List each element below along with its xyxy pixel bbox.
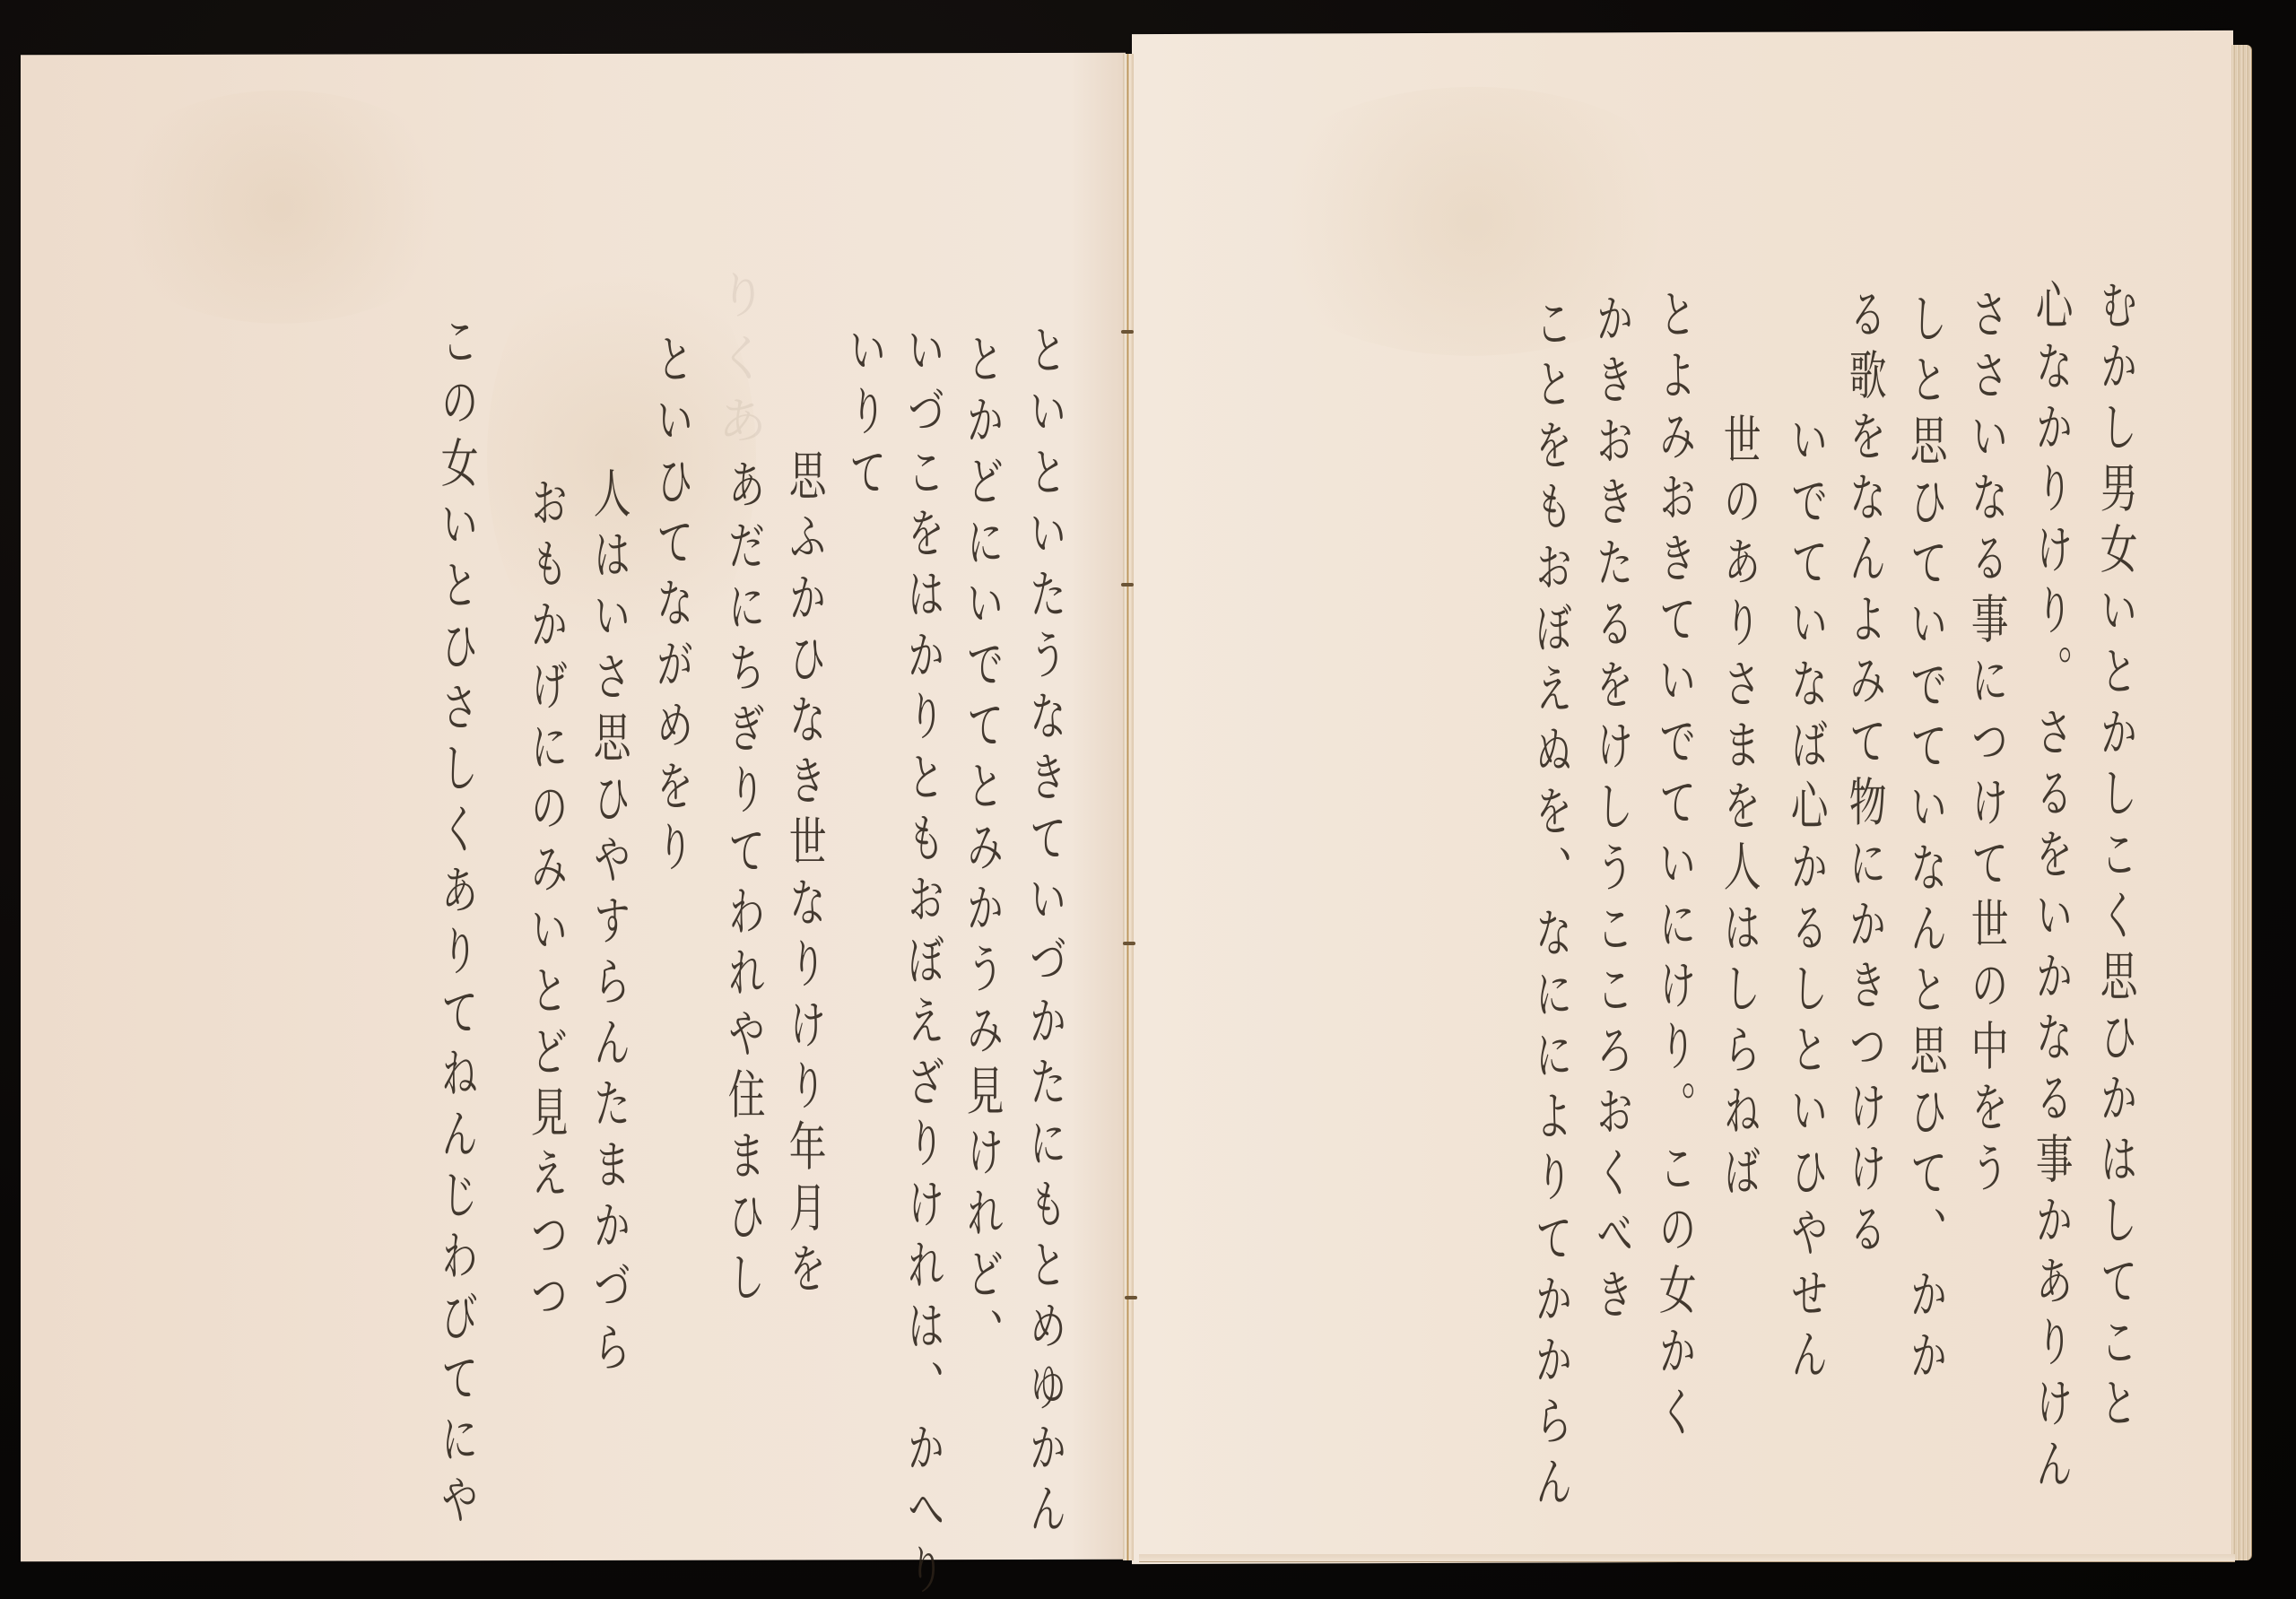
binding-stitch [1121,330,1134,334]
page-bottom-edge [1139,1554,2235,1562]
ink-show-through: りくあ [702,269,774,457]
text-column: むかし男女いとかしこく思ひかはしてこと [2097,278,2135,1437]
paper-stain [1239,86,1706,357]
text-column-poem: 思ふかひなき世なりけり年月を [786,448,823,1302]
text-column: る歌をなんよみて物にかきつけける [1846,287,1883,1263]
text-column: ことをもおぼえぬを、なにによりてかからん [1532,296,1570,1516]
text-column-poem: いでていなば心かるしといひやせん [1787,413,1825,1388]
binding-stitch [1121,583,1134,587]
book-gutter-binding [1123,54,1134,1560]
text-column-poem: あだにちぎりてわれや住まひし [725,457,762,1311]
text-column: といひてながめをり [653,332,691,881]
text-column: いりて [846,323,883,506]
paper-stain [92,90,469,324]
text-column: しと思ひていでていなんと思ひて、かか [1907,291,1944,1389]
text-column: 心なかりけり。さるをいかなる事かありけん [2032,278,2070,1498]
binding-stitch [1125,1296,1137,1299]
text-column: ささいなる事につけて世の中をう [1968,287,2005,1202]
text-column: といといたうなきていづかたにもとめゆかん [1026,323,1064,1543]
text-column-poem: 人はいさ思ひやすらんたまかづら [590,466,628,1381]
text-column: とかどにいでてとみかうみ見けれど、 [963,332,1001,1369]
page-edge-stack [2231,45,2252,1560]
text-column: この女いとひさしくありてねんじわびてにや [438,314,475,1534]
text-column: とよみおきていでていにけり。この女かく [1656,287,1693,1446]
text-column: いづこをはかりともおぼえざりけれは、かへり [904,323,942,1599]
text-column-poem: おもかげにのみいとど見えつつ [527,475,565,1329]
text-column: かきおきたるをけしうこころおくべき [1593,291,1631,1328]
binding-stitch [1123,942,1135,945]
text-column-poem: 世のありさまを人はしらねば [1720,413,1758,1205]
